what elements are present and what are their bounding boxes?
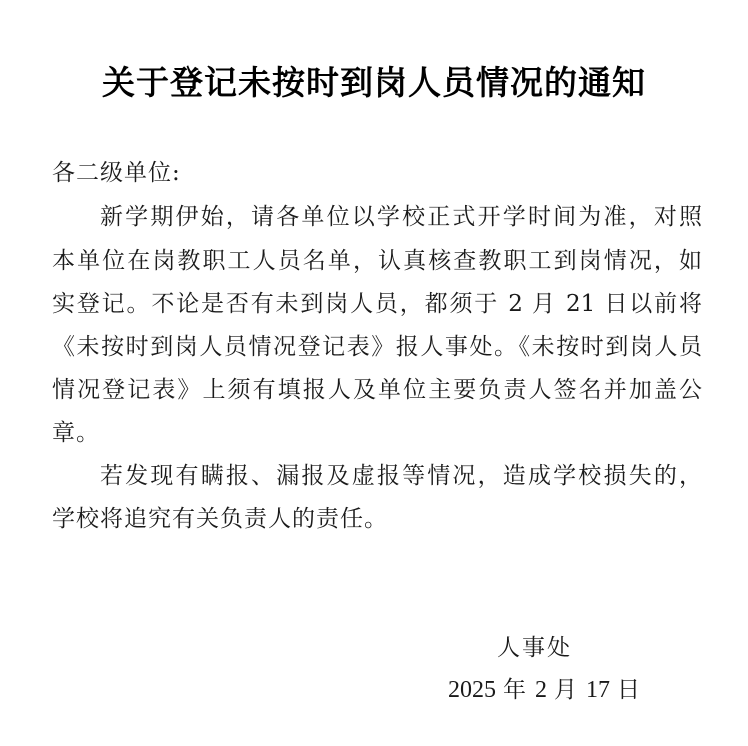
date-day: 17 <box>586 677 610 703</box>
paragraph-line: 实登记。不论是否有未到岗人员，都须于 2 月 21 日以前将 <box>52 289 702 319</box>
date-day-unit: 日 <box>617 677 642 703</box>
signature-department: 人事处 <box>497 633 572 663</box>
paragraph-line: 情况登记表》上须有填报人及单位主要负责人签名并加盖公 <box>52 375 702 405</box>
document-title: 关于登记未按时到岗人员情况的通知 <box>0 60 748 106</box>
paragraph-line: 新学期伊始，请各单位以学校正式开学时间为准，对照 <box>100 202 702 232</box>
date-year: 2025 <box>448 677 496 703</box>
date-month-unit: 月 <box>554 677 579 703</box>
salutation: 各二级单位: <box>52 158 702 188</box>
paragraph-line: 章。 <box>52 418 702 448</box>
paragraph-line: 本单位在岗教职工人员名单，认真核查教职工到岗情况，如 <box>52 246 702 276</box>
signature-date: 2025年2月17日 <box>448 675 642 705</box>
date-month: 2 <box>535 677 547 703</box>
paragraph-line: 学校将追究有关负责人的责任。 <box>52 504 702 534</box>
paragraph-line: 若发现有瞒报、漏报及虚报等情况，造成学校损失的， <box>100 461 702 491</box>
paragraph-line: 《未按时到岗人员情况登记表》报人事处。《未按时到岗人员 <box>52 332 702 362</box>
date-year-unit: 年 <box>503 677 528 703</box>
